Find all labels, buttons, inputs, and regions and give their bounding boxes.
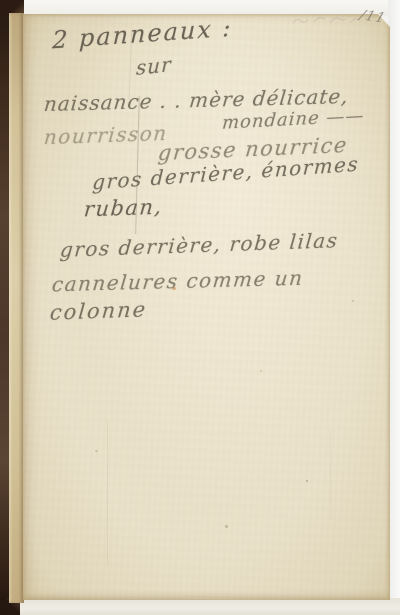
handwriting-line: ruban, [83, 195, 164, 222]
book-binding-spine [0, 0, 9, 615]
paper-speck [225, 525, 228, 528]
faint-erased-inscription [290, 10, 365, 32]
under-pages-strip [0, 598, 400, 615]
page-gutter-edge [9, 13, 24, 603]
page-number: /11 [358, 7, 388, 26]
handwriting-line: sur [136, 52, 172, 80]
paper-crease [107, 420, 108, 565]
handwriting-line: colonne [49, 297, 148, 324]
scanned-notebook-page: /11 2 panneaux :surnaissance . . mère dé… [0, 0, 400, 615]
handwriting-line: nourrisson [43, 121, 169, 149]
paper-speck [95, 450, 98, 452]
paper-speck [352, 300, 354, 302]
paper-speck [260, 370, 262, 372]
paper-speck [306, 480, 308, 482]
